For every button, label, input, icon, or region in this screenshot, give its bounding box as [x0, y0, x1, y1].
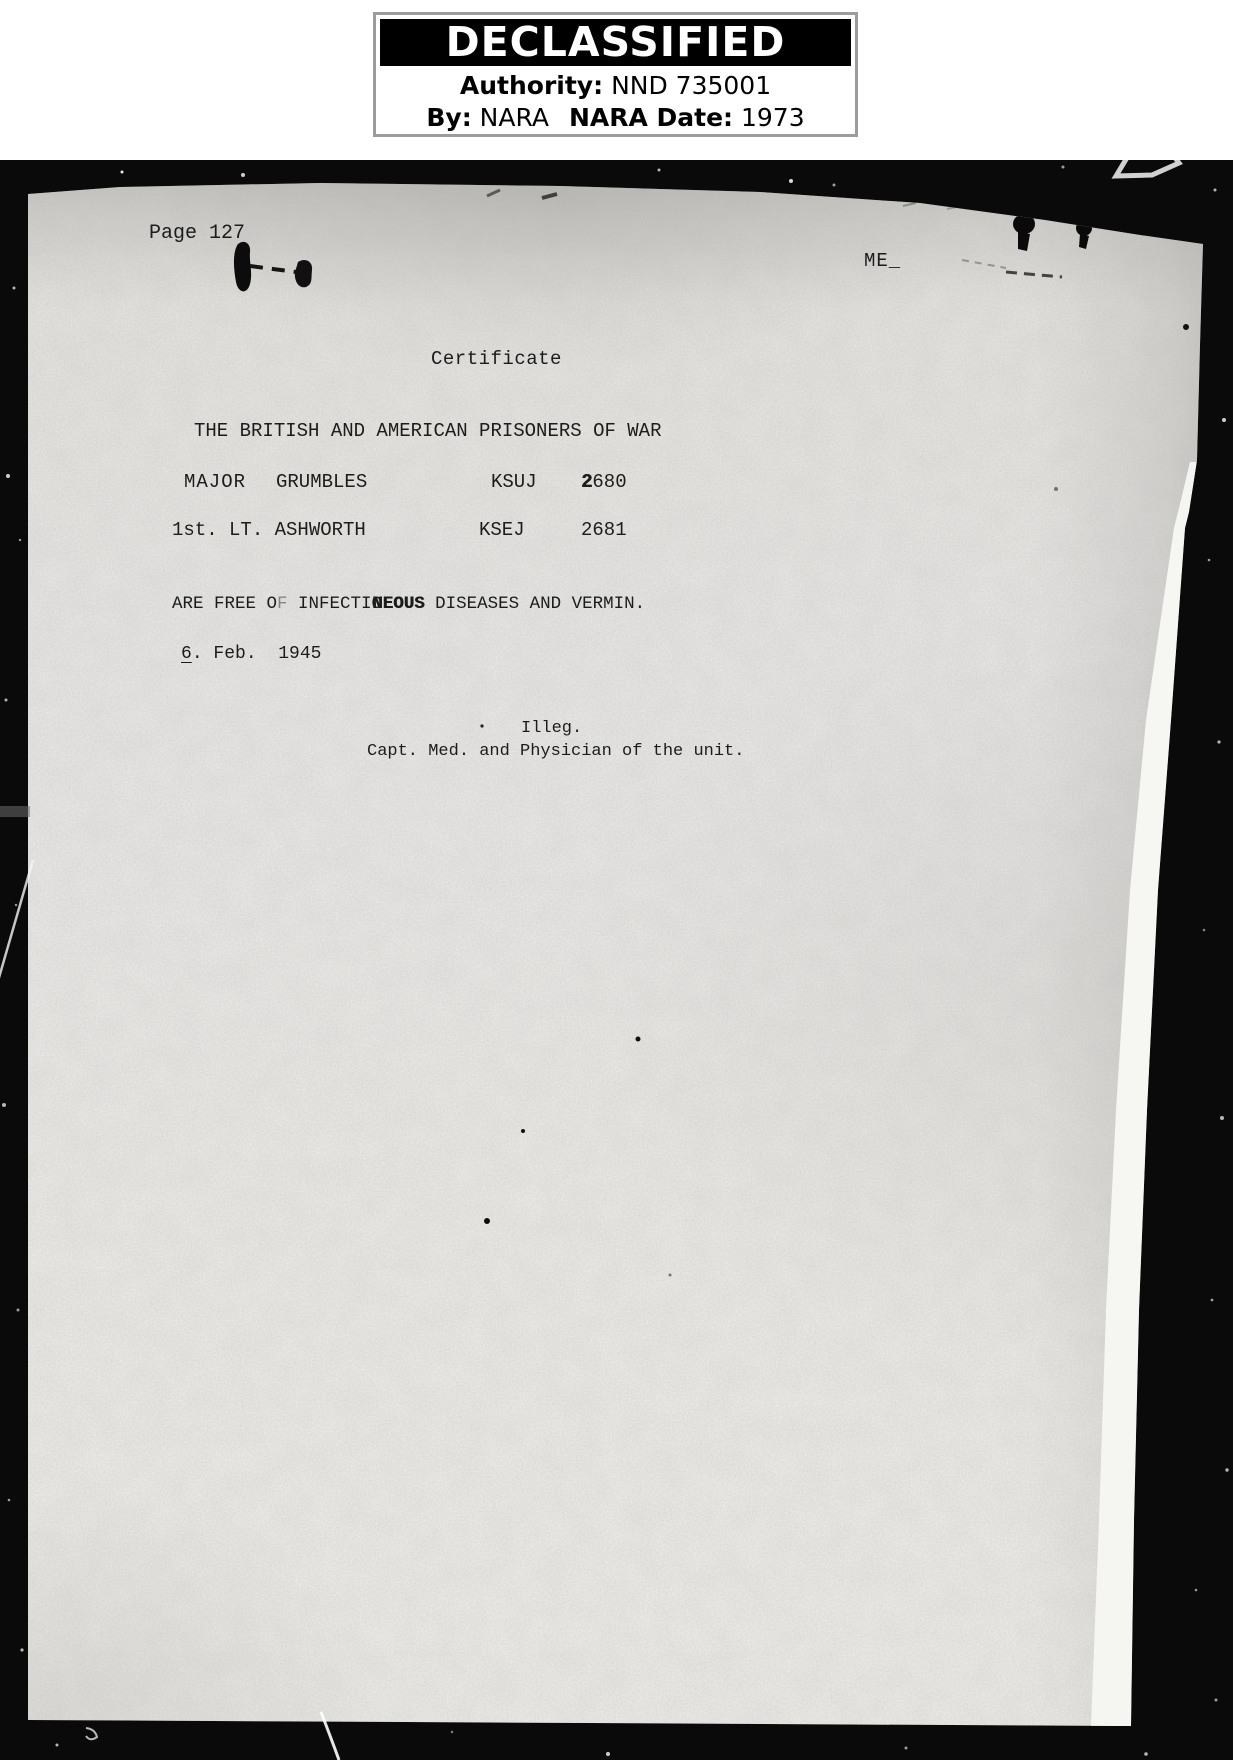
stamp-authority-line: Authority: NND 735001: [376, 71, 855, 101]
scratch-line: [0, 860, 33, 988]
fiber-thread: [86, 1728, 97, 1739]
by-label: By:: [426, 103, 471, 132]
paper-clip-mark: [1116, 160, 1179, 176]
declassified-stamp: DECLASSIFIED Authority: NND 735001 By: N…: [373, 12, 858, 137]
scan-band: [0, 806, 30, 817]
nara-date-value: 1973: [741, 103, 805, 132]
by-value: NARA: [480, 103, 549, 132]
declassified-title: DECLASSIFIED: [446, 22, 786, 63]
scan-field: Page 127 ME_ Certificate THE BRITISH AND…: [0, 160, 1233, 1760]
authority-label: Authority:: [460, 71, 603, 100]
stamp-by-line: By: NARANARA Date: 1973: [376, 103, 855, 133]
fiber-thread: [321, 1712, 339, 1760]
scanned-document-page: DECLASSIFIED Authority: NND 735001 By: N…: [0, 0, 1233, 1760]
declassified-banner: DECLASSIFIED: [380, 19, 851, 66]
dust-specks: [2, 166, 1229, 1757]
authority-value: NND 735001: [611, 71, 771, 100]
scan-artifacts: [0, 160, 1233, 1760]
nara-date-label: NARA Date:: [569, 103, 733, 132]
